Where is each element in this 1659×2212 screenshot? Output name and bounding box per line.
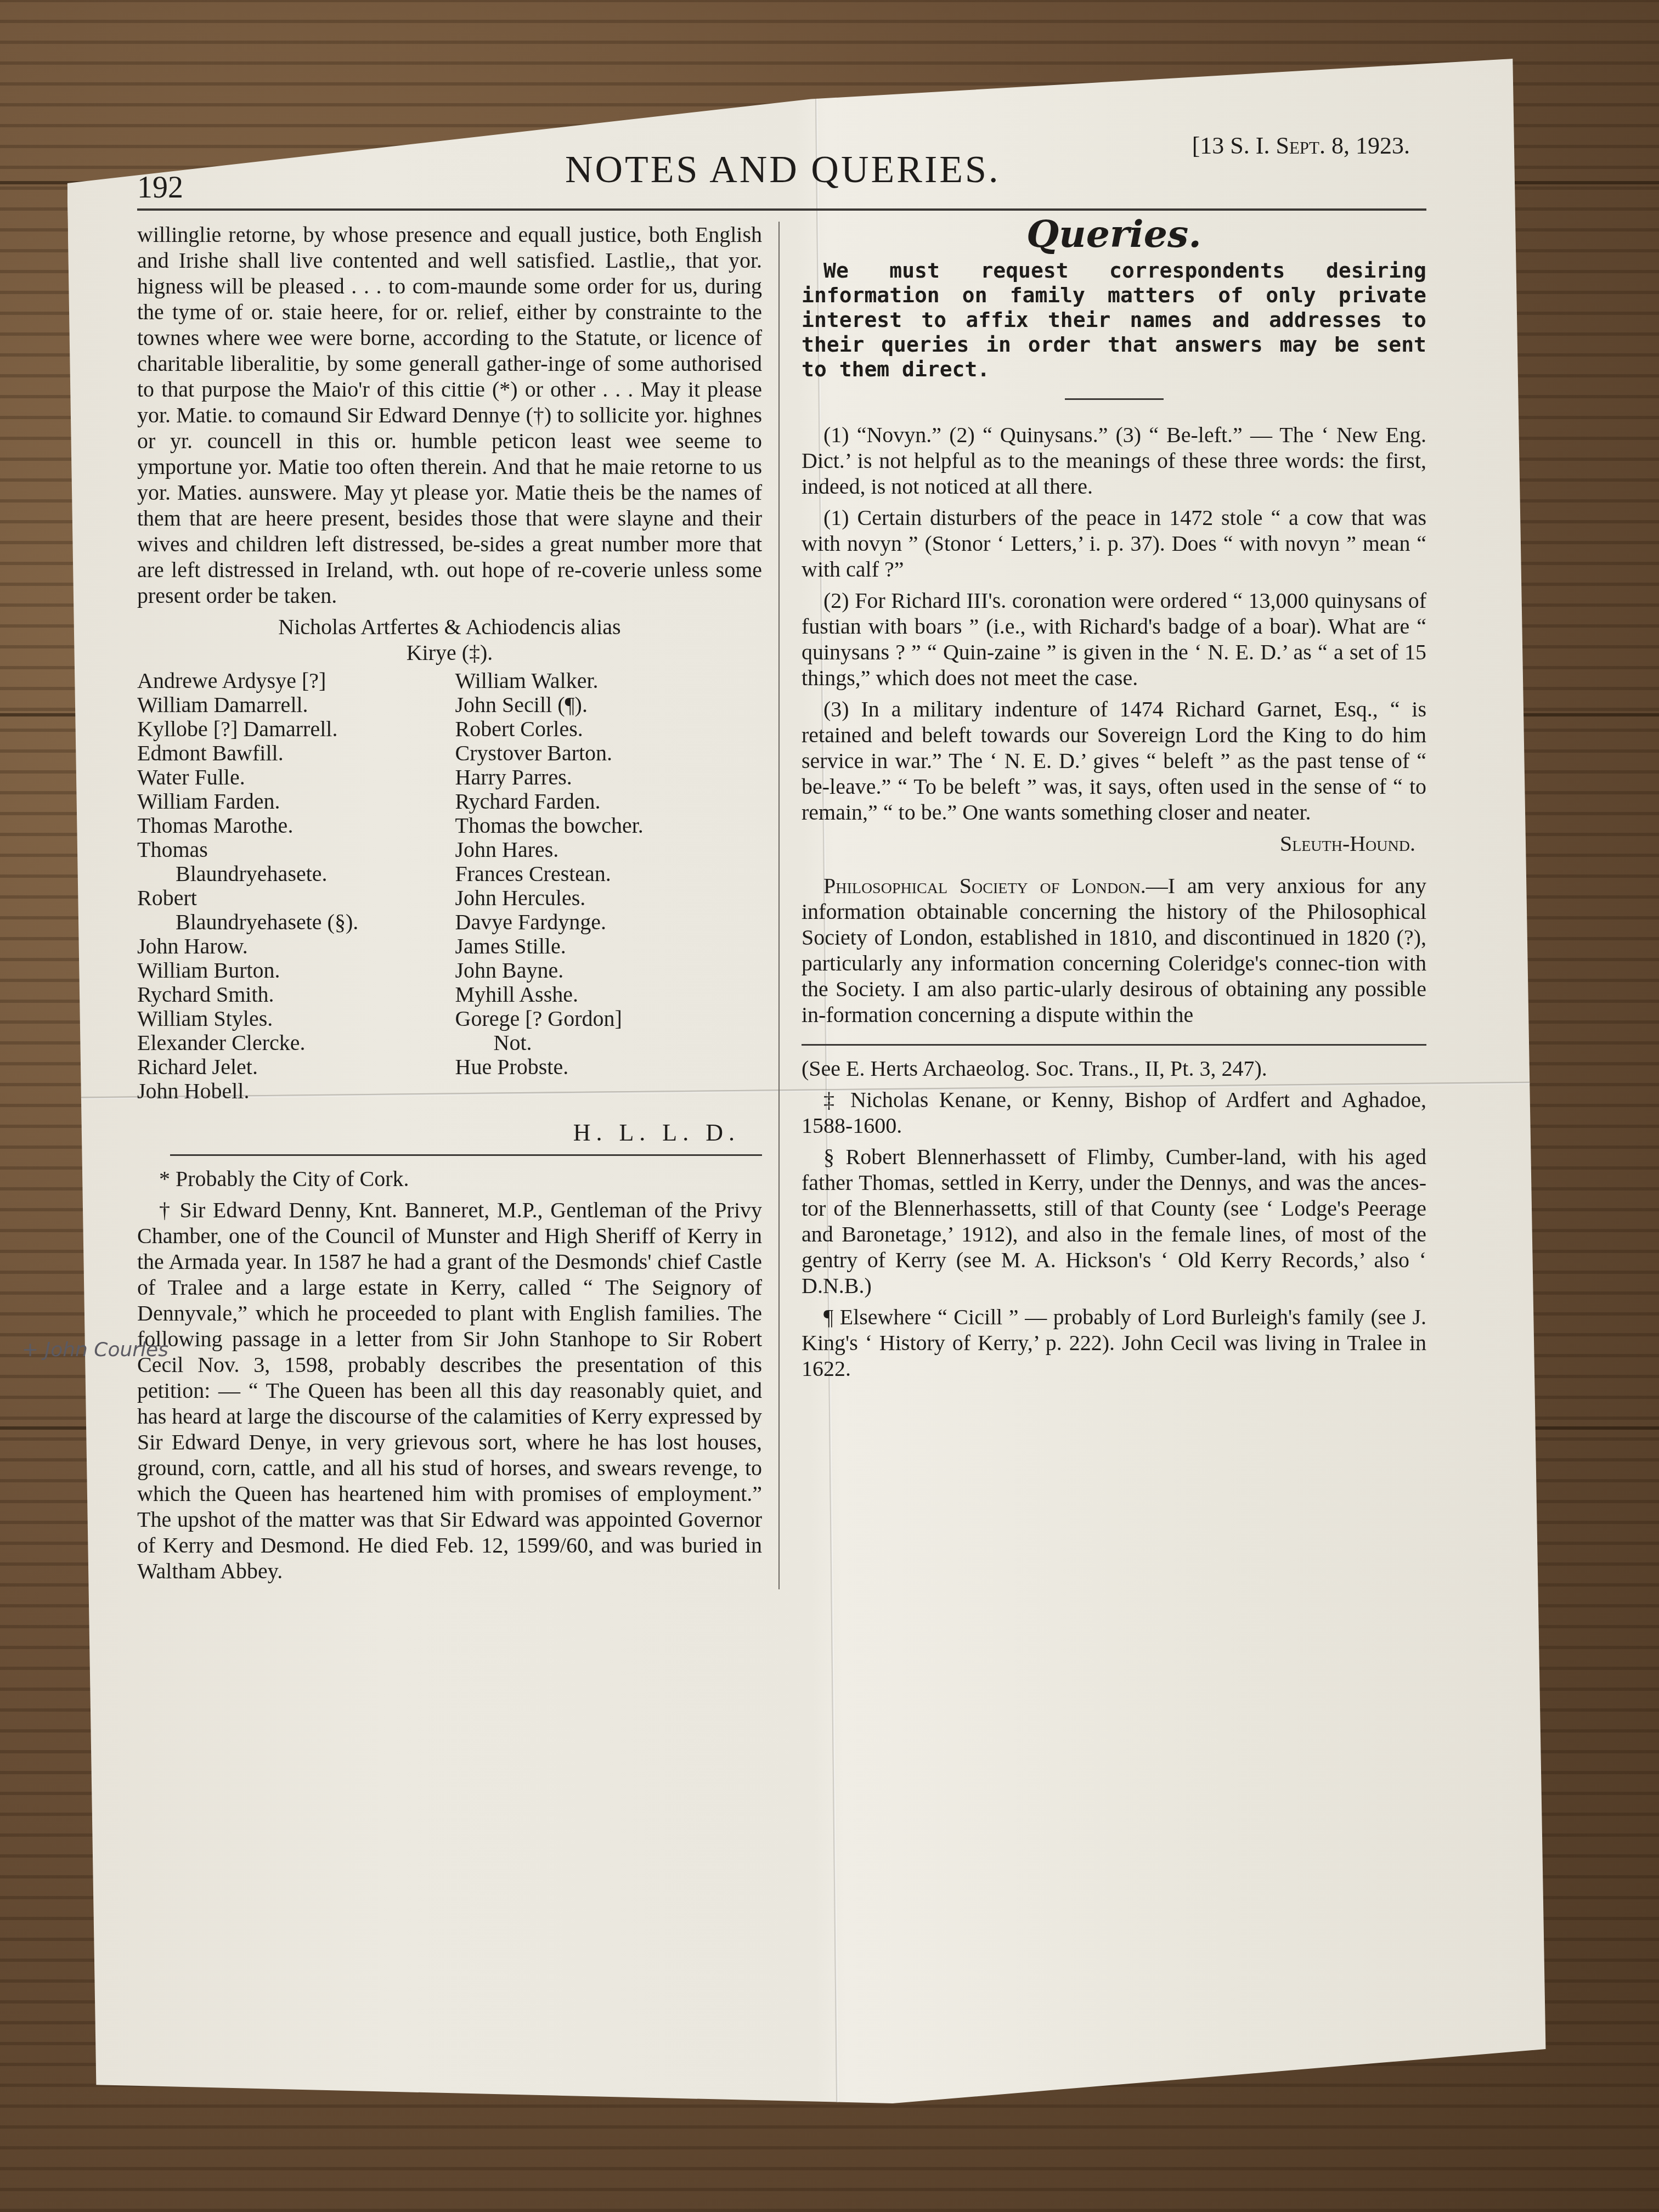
names-list: Andrewe Ardysye [?]William Walker.Willia… (137, 669, 762, 1103)
name-entry-left: William Styles. (137, 1007, 444, 1031)
name-entry-right: William Walker. (455, 669, 763, 693)
header-rule (137, 208, 1426, 211)
query-heading: Philosophical Society of London. (823, 873, 1146, 898)
editorial-notice: We must request correspondents desiring … (802, 258, 1426, 382)
query-signature: Sleuth-Hound. (802, 831, 1415, 856)
name-entry-left: Elexander Clercke. (137, 1031, 444, 1055)
query-beleft-part3: (3) In a military indenture of 1474 Rich… (802, 696, 1426, 825)
query-quinysans-part2: (2) For Richard III's. coronation were o… (802, 588, 1426, 691)
name-entry-left: William Burton. (137, 958, 444, 983)
name-entry-right: John Hercules. (455, 886, 763, 910)
name-entry-right: Harry Parres. (455, 765, 763, 789)
name-entry-left: Robert (137, 886, 444, 910)
name-entry-left: Water Fulle. (137, 765, 444, 789)
name-entry-left: Thomas Marothe. (137, 814, 444, 838)
name-entry-left: Rychard Smith. (137, 983, 444, 1007)
bishop-line-2: Kirye (‡). (137, 640, 762, 665)
footnote-double-dagger: ‡ Nicholas Kenane, or Kenny, Bishop of A… (802, 1087, 1426, 1138)
publication-title: NOTES AND QUERIES. (565, 148, 1000, 192)
page-number: 192 (137, 170, 183, 205)
name-entry-right: Frances Crestean. (455, 862, 763, 886)
name-entry-left: John Harow. (137, 934, 444, 958)
footnote-pilcrow: ¶ Elsewhere “ Cicill ” — probably of Lor… (802, 1304, 1426, 1381)
right-column: Queries. We must request correspondents … (802, 222, 1426, 1589)
name-entry-right: Robert Corles. (455, 717, 763, 741)
footnote-rule (170, 1154, 762, 1156)
name-entry-right: Davye Fardynge. (455, 910, 763, 934)
name-entry-left: Kyllobe [?] Damarrell. (137, 717, 444, 741)
masthead: 192 NOTES AND QUERIES. [13 S. I. Sept. 8… (137, 126, 1426, 208)
name-entry-left: William Damarrell. (137, 693, 444, 717)
footnote-dagger: † Sir Edward Denny, Knt. Banneret, M.P.,… (137, 1197, 762, 1584)
name-entry-right: Myhill Asshe. (455, 983, 763, 1007)
query-novyn-part1: (1) Certain disturbers of the peace in 1… (802, 505, 1426, 582)
name-entry-right: Crystover Barton. (455, 741, 763, 765)
name-entry-right: John Bayne. (455, 958, 763, 983)
query-novyn-intro: (1) “Novyn.” (2) “ Quinysans.” (3) “ Be-… (802, 422, 1426, 499)
petition-text: willinglie retorne, by whose presence an… (137, 222, 762, 608)
name-entry-right: Thomas the bowcher. (455, 814, 763, 838)
signature-initials: H. L. L. D. (137, 1120, 740, 1145)
name-entry-right: James Stille. (455, 934, 763, 958)
footnote-asterisk: * Probably the City of Cork. (137, 1166, 762, 1192)
name-entry-left: Edmont Bawfill. (137, 741, 444, 765)
page-content: 192 NOTES AND QUERIES. [13 S. I. Sept. 8… (137, 126, 1426, 1589)
handwritten-margin-note: + John Courles (22, 1339, 168, 1361)
name-entry-right (455, 1079, 763, 1103)
footnote-continued: (See E. Herts Archaeolog. Soc. Trans., I… (802, 1056, 1426, 1081)
left-column: willinglie retorne, by whose presence an… (137, 222, 780, 1589)
name-entry-left: Blaundryehasete. (137, 862, 444, 886)
name-entry-right: Not. (455, 1031, 763, 1055)
name-entry-right: Gorege [? Gordon] (455, 1007, 763, 1031)
bishop-line-1: Nicholas Artfertes & Achiodencis alias (137, 614, 762, 640)
query-philosophical-society: Philosophical Society of London.—I am ve… (802, 873, 1426, 1028)
issue-date: [13 S. I. Sept. 8, 1923. (1192, 132, 1410, 160)
name-entry-left: John Hobell. (137, 1079, 444, 1103)
name-entry-left: Blaundryehasete (§). (137, 910, 444, 934)
two-column-body: willinglie retorne, by whose presence an… (137, 222, 1426, 1589)
footnote-section: § Robert Blennerhassett of Flimby, Cumbe… (802, 1144, 1426, 1299)
name-entry-left: Thomas (137, 838, 444, 862)
name-entry-right: Hue Probste. (455, 1055, 763, 1079)
name-entry-right: John Secill (¶). (455, 693, 763, 717)
name-entry-right: Rychard Farden. (455, 789, 763, 814)
footnote-rule (802, 1044, 1426, 1046)
name-entry-left: William Farden. (137, 789, 444, 814)
name-entry-right: John Hares. (455, 838, 763, 862)
name-entry-left: Andrewe Ardysye [?] (137, 669, 444, 693)
name-entry-left: Richard Jelet. (137, 1055, 444, 1079)
section-divider (1065, 398, 1164, 400)
section-heading-queries: Queries. (802, 222, 1426, 247)
